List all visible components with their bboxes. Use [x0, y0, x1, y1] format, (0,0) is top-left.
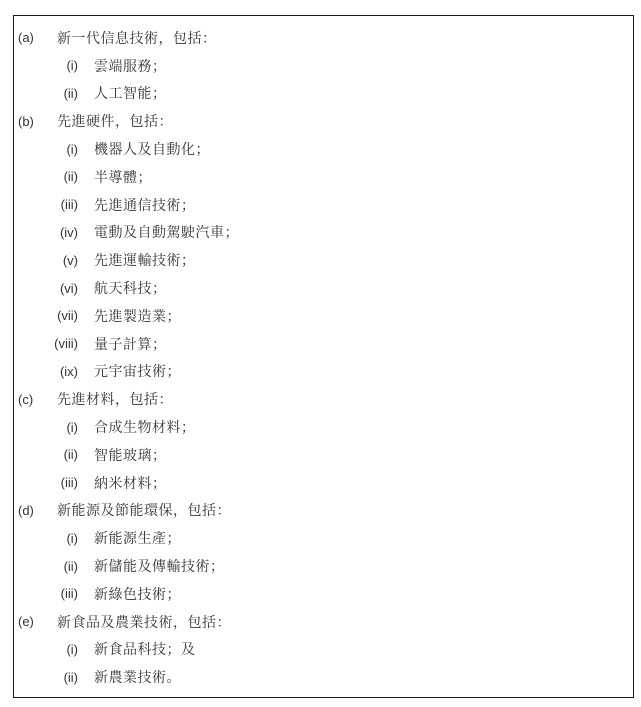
list-item-row: (vi)航天科技；: [18, 274, 633, 302]
item-text: 元宇宙技術；: [94, 361, 181, 381]
item-text: 先進運輸技術；: [94, 250, 196, 270]
item-text: 雲端服務；: [94, 56, 167, 76]
item-text: 人工智能；: [94, 83, 167, 103]
section-heading: 先進硬件，包括：: [57, 111, 173, 131]
content-frame: (a)新一代信息技術，包括：(i)雲端服務；(ii)人工智能；(b)先進硬件，包…: [13, 15, 634, 698]
item-label: (i): [18, 420, 78, 435]
item-text: 量子計算；: [94, 334, 167, 354]
item-label: (iii): [18, 197, 78, 212]
section-heading: 先進材料，包括：: [57, 389, 173, 409]
list-item-row: (v)先進運輸技術；: [18, 246, 633, 274]
item-label: (ii): [18, 169, 78, 184]
item-label: (ii): [18, 559, 78, 574]
item-text: 合成生物材料；: [94, 417, 196, 437]
list-item-row: (vii)先進製造業；: [18, 302, 633, 330]
item-label: (i): [18, 142, 78, 157]
list-item-row: (i)新食品科技；及: [18, 636, 633, 664]
item-text: 先進通信技術；: [94, 195, 196, 215]
section-label: (d): [18, 503, 57, 518]
item-label: (ii): [18, 86, 78, 101]
item-label: (viii): [18, 336, 78, 351]
item-text: 新儲能及傳輸技術；: [94, 556, 225, 576]
item-text: 半導體；: [94, 167, 152, 187]
list-item-row: (i)新能源生產；: [18, 524, 633, 552]
item-text: 新綠色技術；: [94, 584, 181, 604]
list-item-row: (i)合成生物材料；: [18, 413, 633, 441]
section-row: (c)先進材料，包括：: [18, 385, 633, 413]
list-item-row: (ii)人工智能；: [18, 80, 633, 108]
section-row: (b)先進硬件，包括：: [18, 107, 633, 135]
item-label: (vii): [18, 308, 78, 323]
list-item-row: (ii)智能玻璃；: [18, 441, 633, 469]
section-row: (a)新一代信息技術，包括：: [18, 24, 633, 52]
section-label: (e): [18, 614, 57, 629]
item-text: 機器人及自動化；: [94, 139, 210, 159]
item-text: 航天科技；: [94, 278, 167, 298]
item-label: (iii): [18, 475, 78, 490]
list-item-row: (iii)先進通信技術；: [18, 191, 633, 219]
item-label: (ii): [18, 447, 78, 462]
section-heading: 新一代信息技術，包括：: [57, 28, 217, 48]
item-label: (i): [18, 58, 78, 73]
item-text: 納米材料；: [94, 473, 167, 493]
list-item-row: (viii)量子計算；: [18, 330, 633, 358]
list-item-row: (iii)新綠色技術；: [18, 580, 633, 608]
item-label: (i): [18, 531, 78, 546]
item-text: 電動及自動駕駛汽車；: [94, 222, 239, 242]
section-label: (a): [18, 30, 57, 45]
list-item-row: (iii)納米材料；: [18, 469, 633, 497]
list-item-row: (ii)半導體；: [18, 163, 633, 191]
item-label: (ix): [18, 364, 78, 379]
item-text: 新農業技術。: [94, 667, 181, 687]
section-label: (b): [18, 114, 57, 129]
list-item-row: (ii)新儲能及傳輸技術；: [18, 552, 633, 580]
item-text: 智能玻璃；: [94, 445, 167, 465]
list-item-row: (ix)元宇宙技術；: [18, 358, 633, 386]
list-item-row: (i)雲端服務；: [18, 52, 633, 80]
item-label: (ii): [18, 670, 78, 685]
item-label: (i): [18, 642, 78, 657]
section-row: (d)新能源及節能環保，包括：: [18, 497, 633, 525]
section-label: (c): [18, 392, 57, 407]
item-label: (iv): [18, 225, 78, 240]
section-heading: 新能源及節能環保，包括：: [57, 500, 231, 520]
item-label: (vi): [18, 281, 78, 296]
list-item-row: (ii)新農業技術。: [18, 663, 633, 691]
list-item-row: (iv)電動及自動駕駛汽車；: [18, 219, 633, 247]
section-row: (e)新食品及農業技術，包括：: [18, 608, 633, 636]
item-text: 新食品科技；及: [94, 639, 196, 659]
item-label: (iii): [18, 586, 78, 601]
list-item-row: (i)機器人及自動化；: [18, 135, 633, 163]
item-label: (v): [18, 253, 78, 268]
item-text: 先進製造業；: [94, 306, 181, 326]
section-heading: 新食品及農業技術，包括：: [57, 612, 231, 632]
item-text: 新能源生產；: [94, 528, 181, 548]
